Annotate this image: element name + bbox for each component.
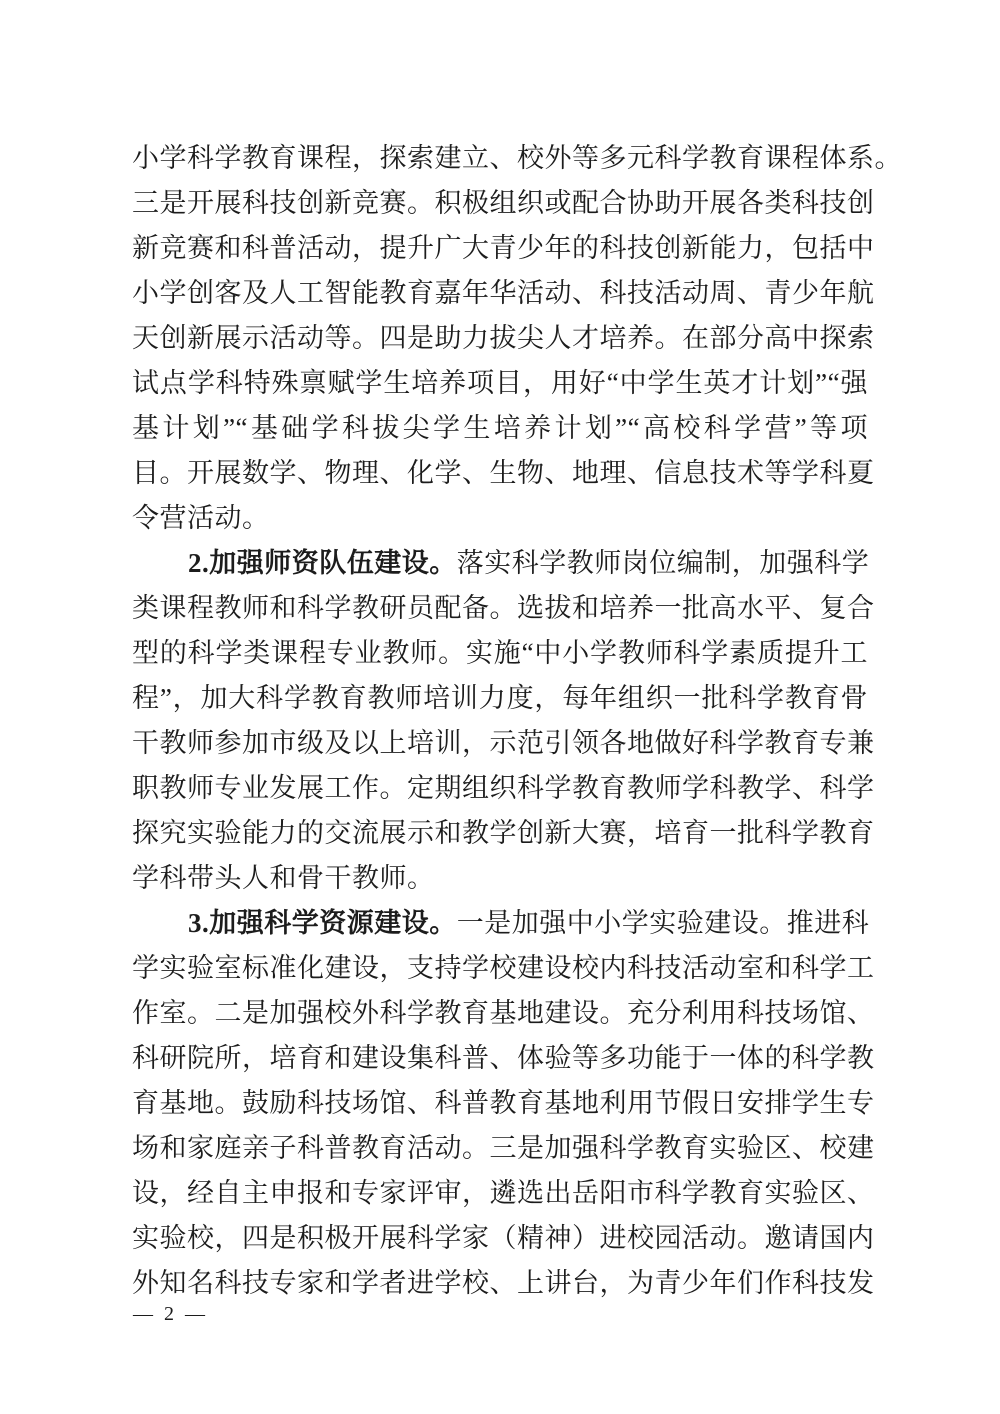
text-line: 型的科学类课程专业教师。实施“中小学教师科学素质提升工: [132, 631, 868, 676]
text-line: 学科带头人和骨干教师。: [132, 856, 868, 901]
text-line: 三是开展科技创新竞赛。积极组织或配合协助开展各类科技创: [132, 181, 868, 226]
document-body: 小学科学教育课程，探索建立、校外等多元科学教育课程体系。三是开展科技创新竞赛。积…: [132, 136, 868, 1306]
text-line: 试点学科特殊禀赋学生培养项目，用好“中学生英才计划”“强: [132, 361, 868, 406]
paragraph-teacher-team: 2.加强师资队伍建设。落实科学教师岗位编制，加强科学类课程教师和科学教研员配备。…: [132, 541, 868, 901]
text-line: 职教师专业发展工作。定期组织科学教育教师学科教学、科学: [132, 766, 868, 811]
text-line: 探究实验能力的交流展示和教学创新大赛，培育一批科学教育: [132, 811, 868, 856]
paragraph-continuation: 小学科学教育课程，探索建立、校外等多元科学教育课程体系。三是开展科技创新竞赛。积…: [132, 136, 868, 541]
text-line: 学实验室标准化建设，支持学校建设校内科技活动室和科学工: [132, 946, 868, 991]
text-line: 基计划”“基础学科拔尖学生培养计划”“高校科学营”等项: [132, 406, 868, 451]
text-line: 干教师参加市级及以上培训，示范引领各地做好科学教育专兼: [132, 721, 868, 766]
document-page: 小学科学教育课程，探索建立、校外等多元科学教育课程体系。三是开展科技创新竞赛。积…: [0, 0, 1000, 1414]
text-line: 小学科学教育课程，探索建立、校外等多元科学教育课程体系。: [132, 136, 868, 181]
text-line: 3.加强科学资源建设。一是加强中小学实验建设。推进科: [132, 901, 868, 946]
text-line: 育基地。鼓励科技场馆、科普教育基地利用节假日安排学生专: [132, 1081, 868, 1126]
text-line: 场和家庭亲子科普教育活动。三是加强科学教育实验区、校建: [132, 1126, 868, 1171]
paragraph-lead-bold: 3.加强科学资源建设。: [188, 908, 457, 938]
text-line: 天创新展示活动等。四是助力拔尖人才培养。在部分高中探索: [132, 316, 868, 361]
paragraph-lead-bold: 2.加强师资队伍建设。: [188, 548, 457, 578]
text-line: 科研院所，培育和建设集科普、体验等多功能于一体的科学教: [132, 1036, 868, 1081]
text-line: 新竞赛和科普活动，提升广大青少年的科技创新能力，包括中: [132, 226, 868, 271]
paragraph-science-resources: 3.加强科学资源建设。一是加强中小学实验建设。推进科学实验室标准化建设，支持学校…: [132, 901, 868, 1306]
text-line: 令营活动。: [132, 496, 868, 541]
text-line: 小学创客及人工智能教育嘉年华活动、科技活动周、青少年航: [132, 271, 868, 316]
page-number: — 2 —: [133, 1303, 208, 1326]
text-line: 类课程教师和科学教研员配备。选拔和培养一批高水平、复合: [132, 586, 868, 631]
text-line: 目。开展数学、物理、化学、生物、地理、信息技术等学科夏: [132, 451, 868, 496]
text-line: 外知名科技专家和学者进学校、上讲台，为青少年们作科技发: [132, 1261, 868, 1306]
text-line: 程”，加大科学教育教师培训力度，每年组织一批科学教育骨: [132, 676, 868, 721]
text-line: 设，经自主申报和专家评审，遴选出岳阳市科学教育实验区、: [132, 1171, 868, 1216]
text-line: 作室。二是加强校外科学教育基地建设。充分利用科技场馆、: [132, 991, 868, 1036]
text-line: 实验校，四是积极开展科学家（精神）进校园活动。邀请国内: [132, 1216, 868, 1261]
text-line: 2.加强师资队伍建设。落实科学教师岗位编制，加强科学: [132, 541, 868, 586]
